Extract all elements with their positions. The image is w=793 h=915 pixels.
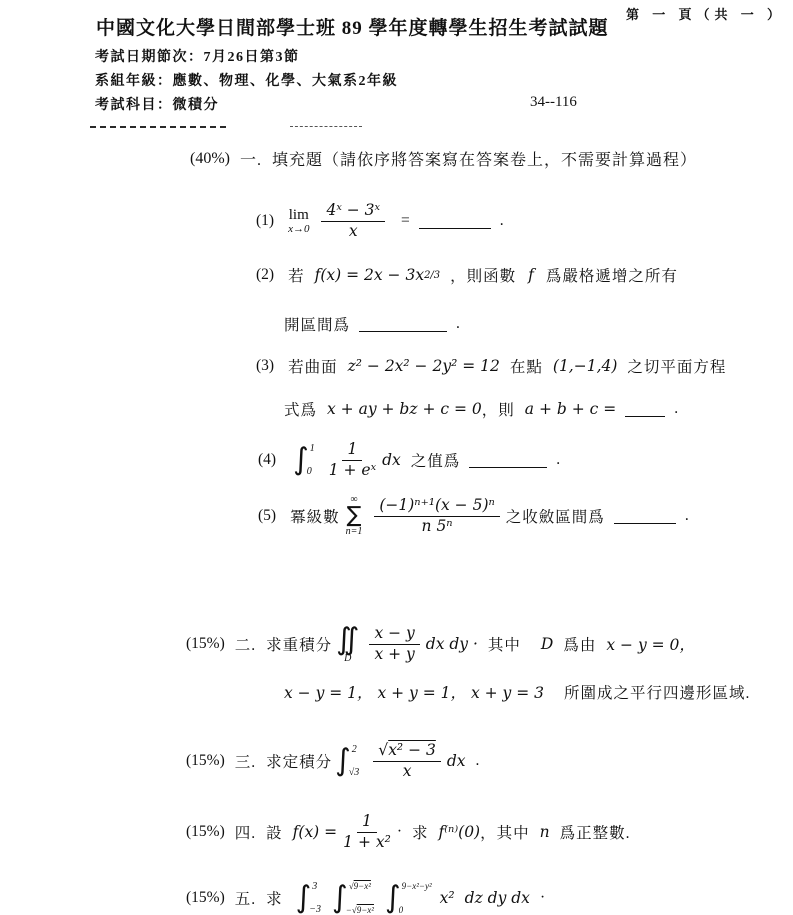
answer-blank (469, 453, 547, 468)
integrand: x² (440, 889, 455, 907)
point-coordinates: (1,−1,4) (553, 357, 618, 375)
answer-blank (614, 509, 676, 524)
question-3-pre: 若曲面 (288, 355, 338, 377)
exam-title: 中國文化大學日間部學士班 89 學年度轉學生招生考試試題 (96, 13, 609, 40)
question-5-label: (5) (258, 507, 276, 525)
fraction-denominator: x (403, 762, 412, 781)
subject-line: 考試科目：微積分 (95, 94, 219, 114)
question-5-post: 之收斂區間爲 (506, 505, 605, 527)
question-5-pre: 冪級數 (290, 505, 340, 527)
fraction: x − y x + y (369, 625, 419, 664)
fraction-numerator: 4ˣ − 3ˣ (321, 202, 385, 222)
integral-limits: √9−x² −√9−x² (349, 879, 374, 915)
dxdy-differential: dx dy · (426, 635, 478, 653)
department-line: 系組年級：應數、物理、化學、大氣系2年級 (95, 70, 398, 90)
question-2-line-1: (2) 若 f(x) = 2x − 3x 2/3 ，則函數 f 爲嚴格遞增之所有 (256, 264, 678, 286)
section-4-number: 四. (235, 821, 256, 843)
fraction-numerator: (−1)ⁿ⁺¹(x − 5)ⁿ (374, 497, 499, 517)
surface-equation: z² − 2x² − 2y² = 12 (348, 357, 500, 375)
question-2-label: (2) (256, 266, 274, 284)
integral-operator-middle: ∫ √9−x² −√9−x² (332, 879, 379, 915)
summation-lower-limit: n=1 (346, 527, 363, 537)
question-1-label: (1) (256, 212, 274, 230)
boundary-equations: x − y = 1， x + y = 1， x + y = 3 (284, 681, 544, 703)
period: . (685, 507, 689, 525)
period: . (456, 315, 460, 333)
section-1-instructions: 填充題（請依序將答案寫在答案卷上，不需要計算過程） (272, 147, 697, 170)
section-3: (15%) 三. 求定積分 ∫ 2 √3 √x² − 3 x dx . (186, 736, 479, 786)
fraction-denominator: 1 + x² (343, 833, 391, 852)
exponent-two-thirds: 2/3 (424, 270, 440, 281)
summation-operator: ∞ ∑ n=1 (346, 495, 363, 537)
period: . (500, 212, 504, 230)
question-2-mid: ，則函數 (450, 264, 516, 286)
radicand: 9−x² (354, 881, 371, 891)
section-2-line2-post: 所圍成之平行四邊形區域. (564, 681, 750, 703)
upper-limit: 1 (310, 443, 315, 454)
double-integral-operator: ∫ ∫ D (336, 625, 359, 664)
question-3-line-2: 式爲 x + ay + bz + c = 0 ，則 a + b + c = . (284, 398, 678, 420)
fraction: (−1)ⁿ⁺¹(x − 5)ⁿ n 5ⁿ (374, 497, 499, 536)
exam-paper-page: 第 一 頁（共 一 ） 中國文化大學日間部學士班 89 學年度轉學生招生考試試題… (0, 0, 793, 915)
integral-operator: ∫ 1 0 (293, 441, 320, 479)
section-5-score: (15%) (186, 889, 225, 907)
section-1-score: (40%) (190, 150, 230, 168)
section-5: (15%) 五. 求 ∫ 3 −3 ∫ √9−x² −√9−x² ∫ 9−x²−… (186, 877, 545, 915)
section-2-line-2: x − y = 1， x + y = 1， x + y = 3 所圍成之平行四邊… (284, 681, 750, 703)
fraction-numerator: x − y (369, 625, 419, 645)
integral-limits: 3 −3 (312, 879, 321, 915)
question-2-line2-text: 開區間爲 (284, 313, 350, 335)
limit-operator: lim x→0 (288, 208, 309, 235)
section-5-pre: 求 (266, 887, 283, 909)
section-4-end: 爲正整數. (560, 821, 631, 843)
question-2-line-2: 開區間爲 . (284, 313, 460, 335)
section-2-score: (15%) (186, 635, 225, 653)
question-3-line2-mid: ，則 (482, 398, 515, 420)
section-4-score: (15%) (186, 823, 225, 841)
dashed-separator-left (90, 126, 226, 128)
sigma-sign: ∑ (347, 505, 362, 527)
section-1-heading: (40%) 一. 填充題（請依序將答案寫在答案卷上，不需要計算過程） (190, 147, 697, 170)
section-4-pre: 設 (266, 821, 283, 843)
question-4-post: 之值爲 (411, 449, 461, 471)
fraction: √x² − 3 x (373, 742, 441, 781)
integral-operator-outer: ∫ 3 −3 (296, 879, 326, 915)
equals-sign: = (401, 212, 410, 230)
integral-limits: 2 √3 (352, 742, 360, 780)
question-3-mid: 在點 (510, 355, 543, 377)
question-3-label: (3) (256, 357, 274, 375)
fraction-numerator: 1 (357, 813, 377, 833)
fraction-denominator: 1 + eˣ (329, 461, 376, 480)
fraction-denominator: x + y (374, 645, 414, 664)
fraction-denominator: x (349, 222, 358, 241)
upper-limit: 3 (312, 881, 321, 892)
domain-subscript: D (344, 654, 351, 664)
n-symbol: n (540, 823, 550, 841)
upper-limit: 9−x²−y² (402, 881, 432, 891)
lower-limit: −3 (309, 904, 321, 915)
period: · (540, 889, 545, 907)
section-4: (15%) 四. 設 f(x) = 1 1 + x² · 求 f⁽ⁿ⁾(0) ，… (186, 809, 631, 855)
neg-sqrt-sign: −√ (346, 905, 357, 915)
page-number: 第 一 頁（共 一 ） (626, 4, 785, 23)
integral-operator: ∫ 2 √3 (335, 742, 364, 780)
radicand: 9−x² (357, 905, 374, 915)
integral-limits: 1 0 (310, 441, 315, 479)
section-2-mid: 其中 (488, 633, 521, 655)
function-definition: f(x) = (293, 823, 338, 841)
question-4: (4) ∫ 1 0 1 1 + eˣ dx 之值爲 . (258, 437, 560, 483)
section-3-score: (15%) (186, 752, 225, 770)
integral-sign: ∫ (344, 625, 360, 655)
integral-operator-inner: ∫ 9−x²−y² 0 (385, 879, 437, 915)
lim-subscript: x→0 (288, 224, 309, 235)
question-2-post: 爲嚴格遞增之所有 (546, 264, 678, 286)
boundary-equation-1: x − y = 0， (606, 633, 695, 655)
period: . (556, 451, 560, 469)
dx-differential: dx (447, 752, 466, 770)
lower-limit: 0 (399, 905, 432, 915)
nth-derivative: f⁽ⁿ⁾(0) (439, 823, 481, 841)
fraction: 4ˣ − 3ˣ x (321, 202, 385, 241)
period: . (476, 752, 480, 770)
upper-limit: 2 (352, 744, 360, 755)
question-1: (1) lim x→0 4ˣ − 3ˣ x = . (256, 197, 504, 245)
dashed-separator-right (290, 126, 362, 127)
function-formula: f(x) = 2x − 3x (315, 266, 424, 284)
question-2-pre: 若 (288, 264, 305, 286)
question-3-line-1: (3) 若曲面 z² − 2x² − 2y² = 12 在點 (1,−1,4) … (256, 355, 726, 377)
section-2-pre: 求重積分 (266, 633, 332, 655)
fraction-numerator: 1 (342, 441, 362, 461)
sqrt-sign: √ (378, 741, 388, 759)
period: . (674, 400, 678, 418)
question-3-line2-pre: 式爲 (284, 398, 317, 420)
section-4-mid: 求 (412, 821, 429, 843)
question-3-post: 之切平面方程 (627, 355, 726, 377)
lim-text: lim (289, 208, 309, 223)
lower-limit: −√9−x² (346, 905, 374, 915)
plane-equation: x + ay + bz + c = 0 (327, 400, 482, 418)
answer-blank (419, 214, 491, 229)
section-4-post: ，其中 (480, 821, 530, 843)
section-3-number: 三. (235, 750, 256, 772)
answer-blank (359, 317, 447, 332)
section-2-number: 二. (235, 633, 256, 655)
answer-blank (625, 402, 665, 417)
section-1-number: 一. (240, 147, 262, 170)
function-symbol: f (528, 266, 534, 284)
section-5-number: 五. (235, 887, 256, 909)
fraction-denominator: n 5ⁿ (422, 517, 453, 536)
fraction: 1 1 + x² (343, 813, 391, 852)
radicand: x² − 3 (388, 741, 436, 759)
upper-limit: √9−x² (349, 881, 374, 891)
exam-code: 34--116 (530, 94, 577, 111)
exam-date-line: 考試日期節次：7月26日第3節 (95, 46, 300, 66)
domain-symbol: D (541, 635, 553, 653)
section-2-post: 爲由 (563, 633, 596, 655)
section-2-line-1: (15%) 二. 求重積分 ∫ ∫ D x − y x + y dx dy · … (186, 618, 695, 670)
question-4-label: (4) (258, 451, 276, 469)
question-5: (5) 冪級數 ∞ ∑ n=1 (−1)ⁿ⁺¹(x − 5)ⁿ n 5ⁿ 之收斂… (258, 490, 689, 542)
separator-dot: · (397, 823, 402, 841)
integral-limits: 9−x²−y² 0 (402, 879, 432, 915)
fraction-numerator: √x² − 3 (373, 742, 441, 762)
section-3-pre: 求定積分 (266, 750, 332, 772)
double-integral-sign: ∫ ∫ (336, 625, 359, 655)
lower-limit: 0 (307, 466, 315, 477)
fraction: 1 1 + eˣ (329, 441, 376, 480)
lower-limit: √3 (349, 767, 360, 778)
sum-expression: a + b + c = (525, 400, 616, 418)
dzdydx-differential: dz dy dx (465, 889, 530, 907)
dx-differential: dx (382, 451, 401, 469)
